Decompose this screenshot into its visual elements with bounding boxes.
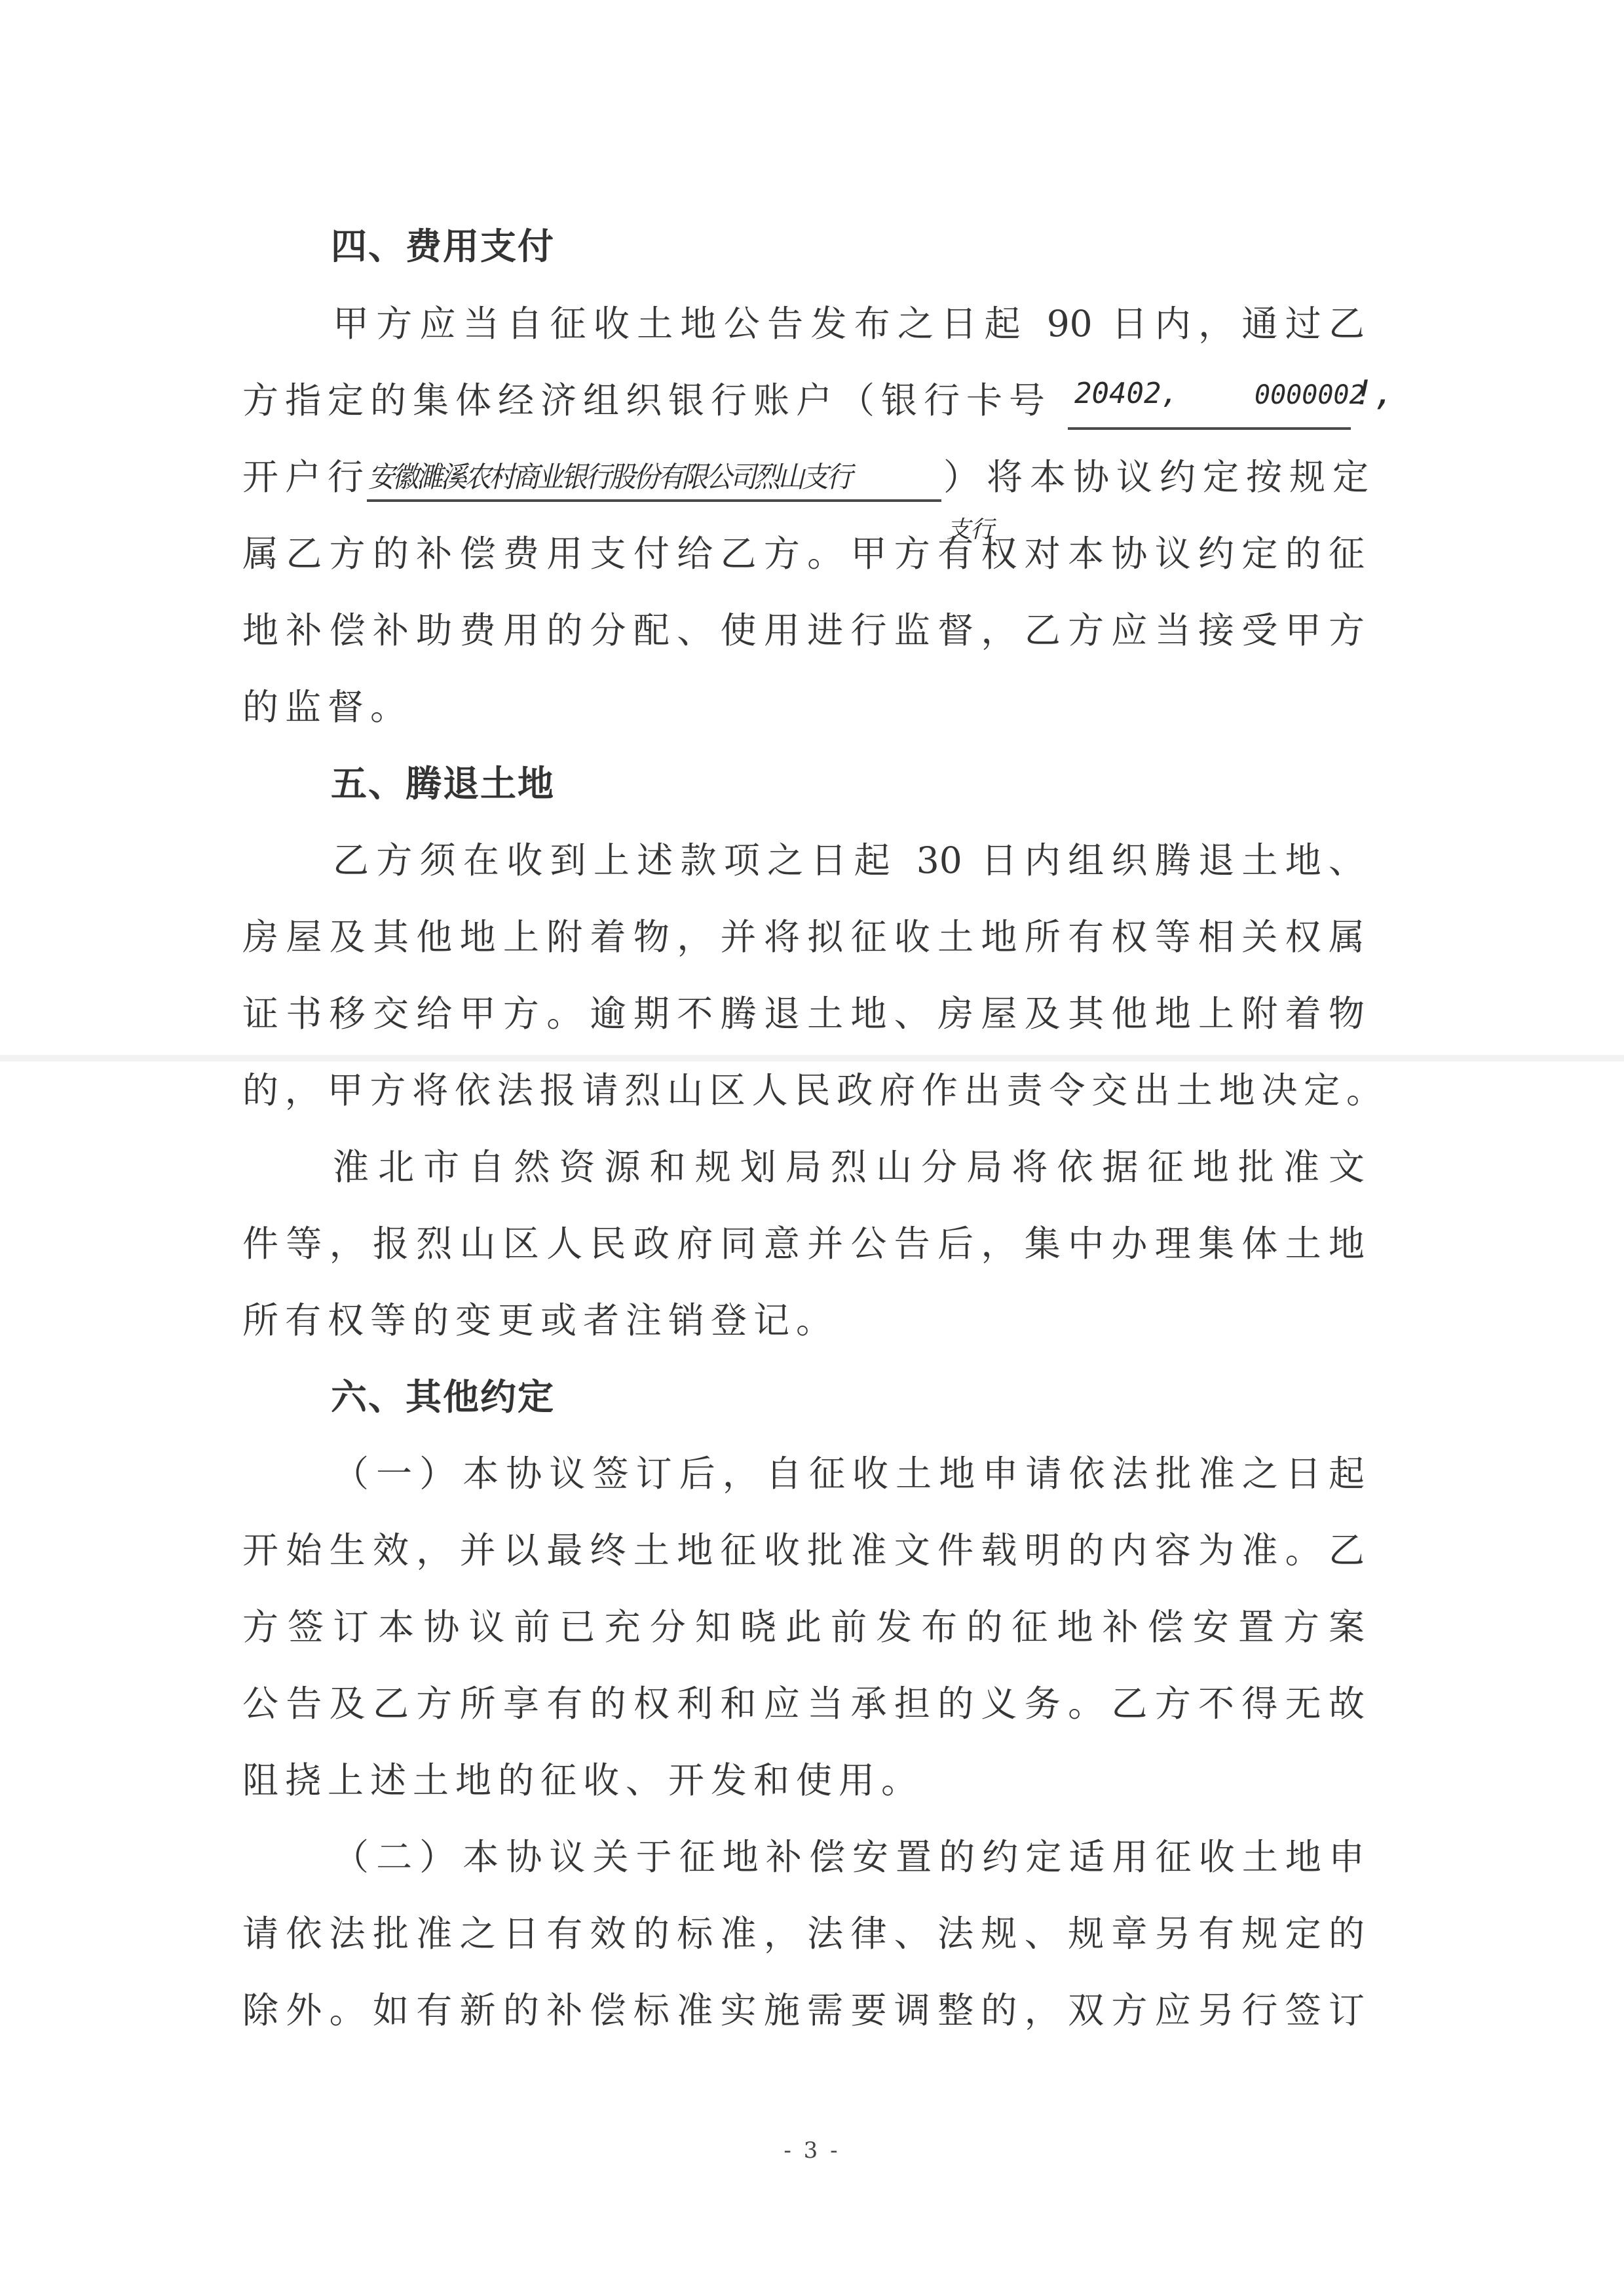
page-number: - 3 -: [0, 2137, 1624, 2164]
handwritten-card-number-suffix: 0000002: [1255, 380, 1365, 410]
section-heading-fee-payment: 四、费用支付: [331, 220, 555, 273]
paragraph-line: 件等，报烈山区人民政府同意并公告后，集中办理集体土地: [242, 1217, 1365, 1270]
section-heading-land-vacate: 五、腾退土地: [331, 757, 555, 810]
paragraph-line: 除外。如有新的补偿标准实施需要调整的，双方应另行签订: [242, 1984, 1365, 2037]
bank-name-underline: [367, 499, 941, 502]
paragraph-line: 属乙方的补偿费用支付给乙方。甲方有权对本协议约定的征: [242, 527, 1365, 580]
paragraph-line: 地补偿补助费用的分配、使用进行监督，乙方应当接受甲方: [242, 604, 1365, 657]
paragraph-line: 淮北市自然资源和规划局烈山分局将依据征地批准文: [333, 1141, 1365, 1193]
paragraph-line: 开户行: [242, 451, 370, 503]
paragraph-line: 甲方应当自征收土地公告发布之日起 90 日内，通过乙: [333, 297, 1365, 350]
paragraph-line: 证书移交给甲方。逾期不腾退土地、房屋及其他地上附着物: [242, 987, 1365, 1040]
paragraph-line: 公告及乙方所享有的权利和应当承担的义务。乙方不得无故: [242, 1677, 1365, 1730]
paragraph-line: 请依法批准之日有效的标准，法律、法规、规章另有规定的: [242, 1907, 1365, 1960]
paragraph-line: 房屋及其他地上附着物，并将拟征收土地所有权等相关权属: [242, 911, 1365, 963]
paragraph-line: 开始生效，并以最终土地征收批准文件载明的内容为准。乙: [242, 1524, 1365, 1577]
handwritten-bank-name: 安徽濉溪农村商业银行股份有限公司烈山支行: [368, 453, 850, 495]
paragraph-line: （一）本协议签订后，自征收土地申请依法批准之日起: [333, 1447, 1365, 1500]
paragraph-line: ）将本协议约定按规定: [943, 451, 1376, 503]
paragraph-line: 的，甲方将依法报请烈山区人民政府作出责令交出土地决定。: [242, 1064, 1382, 1117]
paragraph-line: 方签订本协议前已充分知晓此前发布的征地补偿安置方案: [242, 1601, 1365, 1653]
handwritten-card-number-prefix: 20402,: [1074, 377, 1179, 410]
handwritten-punctuation: !,: [1353, 373, 1395, 413]
scan-artifact-band: [0, 1055, 1624, 1062]
paragraph-line: 所有权等的变更或者注销登记。: [242, 1294, 839, 1347]
paragraph-line: 阻挠上述土地的征收、开发和使用。: [242, 1754, 924, 1807]
paragraph-line: （二）本协议关于征地补偿安置的约定适用征收土地申: [333, 1831, 1365, 1883]
section-heading-other-terms: 六、其他约定: [331, 1371, 555, 1423]
paragraph-line: 乙方须在收到上述款项之日起 30 日内组织腾退土地、: [333, 834, 1365, 887]
paragraph-line: 的监督。: [242, 681, 413, 733]
paragraph-line: 方指定的集体经济组织银行账户（银行卡号: [242, 374, 1051, 427]
card-number-underline: [1068, 427, 1351, 430]
